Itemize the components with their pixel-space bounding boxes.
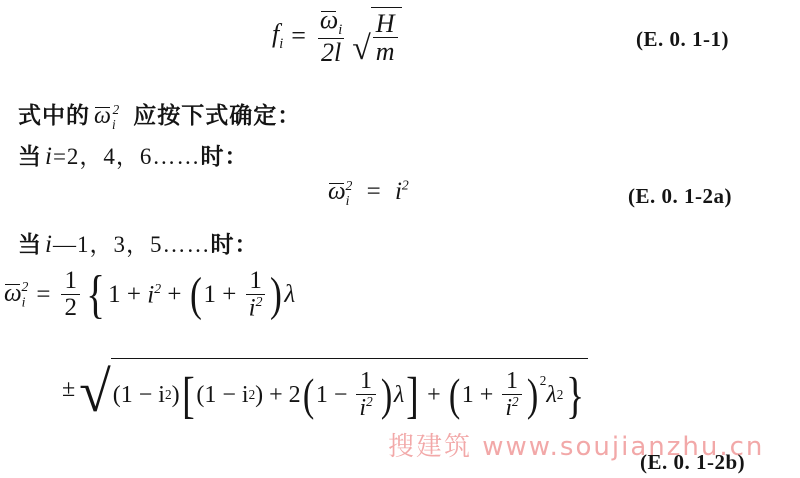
intro-line: 式中的ωi2 应按下式确定： — [18, 97, 301, 133]
equation-e-0-1-2b-line2: ± √ (1 − i2) [ (1 − i2) + 2 ( 1 − 1i2 ) … — [62, 358, 588, 421]
equation-e-0-1-2a: ωi2 = i2 — [328, 178, 409, 209]
eq1-fraction: ωi 2l — [317, 6, 345, 66]
equals-sign: = — [291, 21, 306, 51]
equation-e-0-1-1: fi = ωi 2l √ H m — [272, 6, 402, 66]
eq1-lhs: fi — [272, 19, 283, 53]
equation-number-2b: (E. 0. 1-2b) — [640, 450, 745, 475]
equation-number-2a: (E. 0. 1-2a) — [628, 184, 732, 209]
equation-e-0-1-2b-line1: ωi2 = 12 { 1 + i2 + ( 1 + 1i2 ) λ — [4, 268, 295, 322]
equation-number-1: (E. 0. 1-1) — [636, 27, 729, 52]
case-even-line: 当i=2，4，6……时： — [18, 138, 248, 171]
case-odd-line: 当i—1，3，5……时： — [18, 226, 258, 259]
eq1-sqrt: √ H m — [352, 7, 401, 66]
